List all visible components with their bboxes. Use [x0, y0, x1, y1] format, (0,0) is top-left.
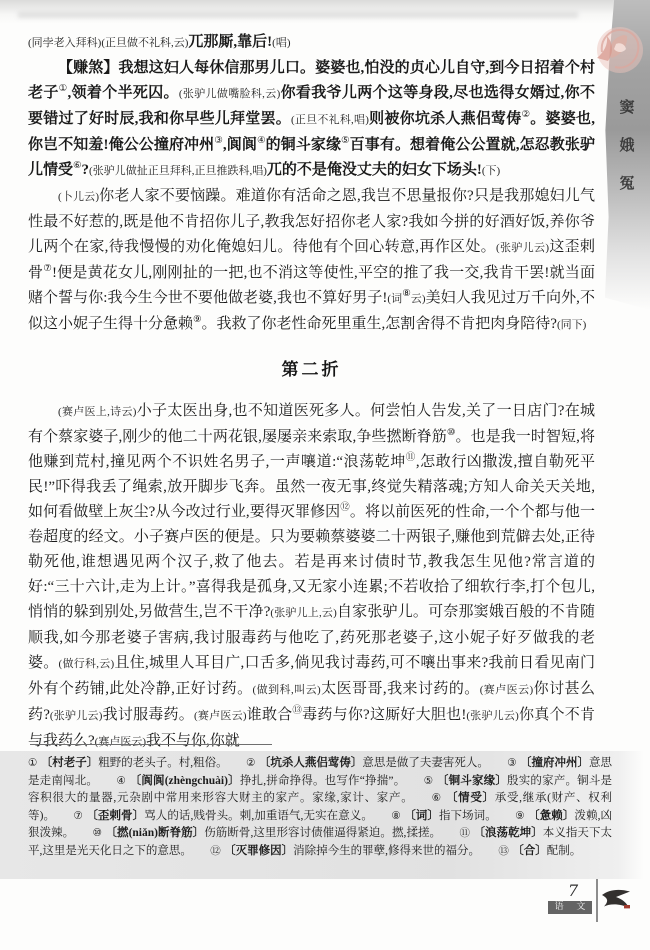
- footnote-term: 〔村老子〕: [41, 757, 99, 769]
- stage-direction: (张驴儿上,云): [270, 607, 336, 619]
- sailuyi-monologue-paragraph: (赛卢医上,诗云)小子太医出身,也不知道医死多人。何尝怕人告发,关了一日店门?在…: [28, 399, 595, 755]
- stage-direction: (赛卢医云): [95, 736, 146, 748]
- footnote-text: 伤筋断骨,这里形容讨债催逼得紧迫。撚,揉搓。: [204, 827, 441, 839]
- footnote-ref: ⑬: [292, 705, 302, 716]
- footnote-ref: ⑤: [341, 135, 350, 146]
- footnote-number: ⑩: [93, 827, 106, 839]
- footnote-term: 〔撚(niǎn)断脊筋〕: [105, 827, 204, 839]
- stage-direction: (赛卢医上,诗云): [58, 406, 136, 418]
- stage-direction: 云): [411, 293, 426, 305]
- stage-direction: (张驴儿云): [466, 710, 518, 722]
- phoenix-emblem-icon: [592, 20, 646, 85]
- footnote-item: ⑩ 〔撚(niǎn)断脊筋〕伤筋断骨,这里形容讨债催逼得紧迫。撚,揉搓。: [93, 827, 442, 839]
- stage-direction: (张驴儿云): [50, 710, 102, 722]
- footnote-item: ② 〔坑杀人燕侣莺俦〕意思是做了夫妻害死人。: [246, 757, 489, 769]
- footnote-item: ⑬ 〔合〕配制。: [498, 845, 581, 857]
- play-text: 毒药与你?这厮好大胆也!: [302, 707, 466, 723]
- play-text: 我不与你,你就: [146, 733, 240, 749]
- footnote-text: 指下场词。: [439, 810, 497, 822]
- zhuansha-aria-paragraph: 【赚煞】我想这妇人每休信那男儿口。婆婆也,怕没的贞心儿自守,到今日招着个村老子①…: [28, 56, 595, 184]
- footnote-item: ⑫ 〔灭罪修因〕消除掉今生的罪孽,修得来世的福分。: [210, 845, 480, 857]
- stage-direction: (同孛老入拜科)(正旦做不礼科,云): [28, 37, 188, 49]
- footnote-item: ⑧ 〔词〕指下场词。: [391, 810, 497, 822]
- play-text: 兀的不是俺没丈夫的妇女下场头!: [267, 162, 482, 178]
- play-text: 兀那厮,靠后!: [188, 34, 272, 50]
- stage-direction: (赛卢医云): [194, 710, 246, 722]
- footnote-number: ⑧: [391, 810, 404, 822]
- play-text: ,阆阆: [223, 137, 257, 153]
- footnote-ref: ⑨: [193, 314, 202, 325]
- footnote-text: 粗野的老头子。村,粗俗。: [98, 757, 227, 769]
- play-text: ?: [82, 162, 90, 178]
- side-title-char: 窦: [604, 96, 650, 117]
- chapter-side-title: 窦 娥 冤: [604, 96, 650, 210]
- footnote-ref: ②: [522, 109, 531, 120]
- scanned-textbook-page: 窦 娥 冤 (同孛老入拜科)(正旦做不礼科,云)兀那厮,靠后!(唱) 【赚煞】我…: [0, 0, 650, 950]
- side-title-char: 冤: [604, 172, 650, 193]
- footnote-text: 消除掉今生的罪孽,修得来世的福分。: [293, 845, 480, 857]
- stage-direction: (张驴儿做扯正旦拜科,正旦推跌科,唱): [89, 165, 267, 177]
- footnote-number: ③: [507, 757, 520, 769]
- side-title-char: 娥: [604, 134, 650, 155]
- footnote-term: 〔词〕: [404, 810, 439, 822]
- stage-direction: (做到科,叫云): [253, 684, 321, 696]
- play-text: 。我救了你老性命死里重生,怎割舍得不肯把肉身陪待?: [202, 316, 557, 332]
- footnote-divider-rule: [30, 744, 272, 745]
- footnote-ref: ⑧: [402, 288, 411, 299]
- footnote-number: ⑥: [432, 792, 446, 804]
- stage-direction: (做行科,云): [59, 658, 115, 670]
- footnote-term: 〔阆阆(zhèngchuài)〕: [130, 775, 240, 787]
- stage-direction: (卜儿云): [58, 191, 99, 203]
- footnote-item: ① 〔村老子〕粗野的老头子。村,粗俗。: [28, 757, 228, 769]
- play-text: ,领着个半死囚。: [68, 85, 179, 101]
- footnote-number: ⑨: [515, 810, 528, 822]
- footnote-number: ⑤: [424, 775, 437, 787]
- footnote-number: ⑬: [498, 845, 512, 857]
- publisher-logo-icon: [601, 888, 631, 917]
- stage-direction: (词: [387, 293, 402, 305]
- play-text: 。将以前医死的性命,一个个都与他一卷超度的经文。小子赛卢医的便是。只为要赖蔡婆婆…: [28, 504, 595, 620]
- opening-stage-line: (同孛老入拜科)(正旦做不礼科,云)兀那厮,靠后!(唱): [28, 30, 595, 56]
- page-number: 7: [568, 881, 578, 900]
- footnote-ref: ①: [59, 83, 68, 94]
- footnote-term: 〔撞府冲州〕: [520, 757, 589, 769]
- scan-streak: [18, 12, 578, 18]
- footnote-term: 〔灭罪修因〕: [224, 845, 293, 857]
- footnote-number: ⑫: [210, 845, 224, 857]
- footnote-ref: ③: [214, 135, 223, 146]
- play-text: 太医哥哥,我来讨药的。: [321, 681, 480, 697]
- footnote-text: 骂人的话,贱骨头。剌,加重语气,无实在意义。: [144, 810, 373, 822]
- footer-divider: [596, 879, 598, 922]
- stage-direction: (张驴儿云): [496, 242, 549, 254]
- lesson-text-column: (同孛老入拜科)(正旦做不礼科,云)兀那厮,靠后!(唱) 【赚煞】我想这妇人每休…: [28, 30, 595, 755]
- footnote-text: 意思是做了夫妻害死人。: [362, 757, 489, 769]
- act-two-heading: 第二折: [28, 355, 595, 380]
- footnote-number: ⑦: [73, 810, 86, 822]
- footnote-number: ①: [28, 757, 41, 769]
- footnote-ref: ⑥: [73, 160, 82, 171]
- footnote-number: ④: [117, 775, 130, 787]
- play-text: 则被你坑杀人燕侣莺俦: [369, 111, 522, 127]
- footnote-item: ④ 〔阆阆(zhèngchuài)〕挣扎,拼命挣得。也写作“挣揣”。: [117, 775, 406, 787]
- subject-badge: 语 文: [548, 901, 592, 914]
- dialogue-paragraph: (卜儿云)你老人家不要恼躁。难道你有活命之恩,我岂不思量报你?只是我那媳妇儿气性…: [28, 184, 595, 338]
- stage-direction: (赛卢医云): [480, 684, 534, 696]
- footnote-ref: ⑦: [43, 263, 52, 274]
- footnote-term: 〔合〕: [512, 845, 547, 857]
- stage-direction: (正旦不礼科,唱): [291, 114, 369, 126]
- footnote-text: 挣扎,拼命挣得。也写作“挣揣”。: [240, 775, 406, 787]
- play-text: 谁敢合: [246, 707, 292, 723]
- footnote-term: 〔歪剌骨〕: [86, 810, 144, 822]
- footnote-term: 〔惫赖〕: [528, 810, 574, 822]
- stage-direction: (唱): [272, 37, 290, 49]
- footnote-text: 配制。: [547, 845, 582, 857]
- footnote-term: 〔铜斗家缘〕: [437, 775, 507, 787]
- footnote-term: 〔情受〕: [446, 792, 495, 804]
- footnote-number: ⑪: [460, 827, 474, 839]
- stage-direction: (下): [482, 165, 500, 177]
- footnote-ref: ④: [257, 135, 266, 146]
- play-text: 【赚煞】: [58, 60, 119, 76]
- footnote-ref: ⑫: [340, 502, 350, 513]
- footnotes: ① 〔村老子〕粗野的老头子。村,粗俗。② 〔坑杀人燕侣莺俦〕意思是做了夫妻害死人…: [28, 755, 612, 860]
- footnote-item: ⑦ 〔歪剌骨〕骂人的话,贱骨头。剌,加重语气,无实在意义。: [73, 810, 373, 822]
- footnote-ref: ⑪: [406, 452, 416, 463]
- footnote-term: 〔坑杀人燕侣莺俦〕: [259, 757, 363, 769]
- stage-direction: (张驴儿做嘴脸科,云): [179, 88, 280, 100]
- footnote-term: 〔浪荡乾坤〕: [473, 827, 542, 839]
- play-text: 的铜斗家缘: [266, 137, 341, 153]
- stage-direction: (同下): [557, 319, 586, 331]
- footnote-number: ②: [246, 757, 259, 769]
- play-text: 我讨服毒药。: [102, 707, 194, 723]
